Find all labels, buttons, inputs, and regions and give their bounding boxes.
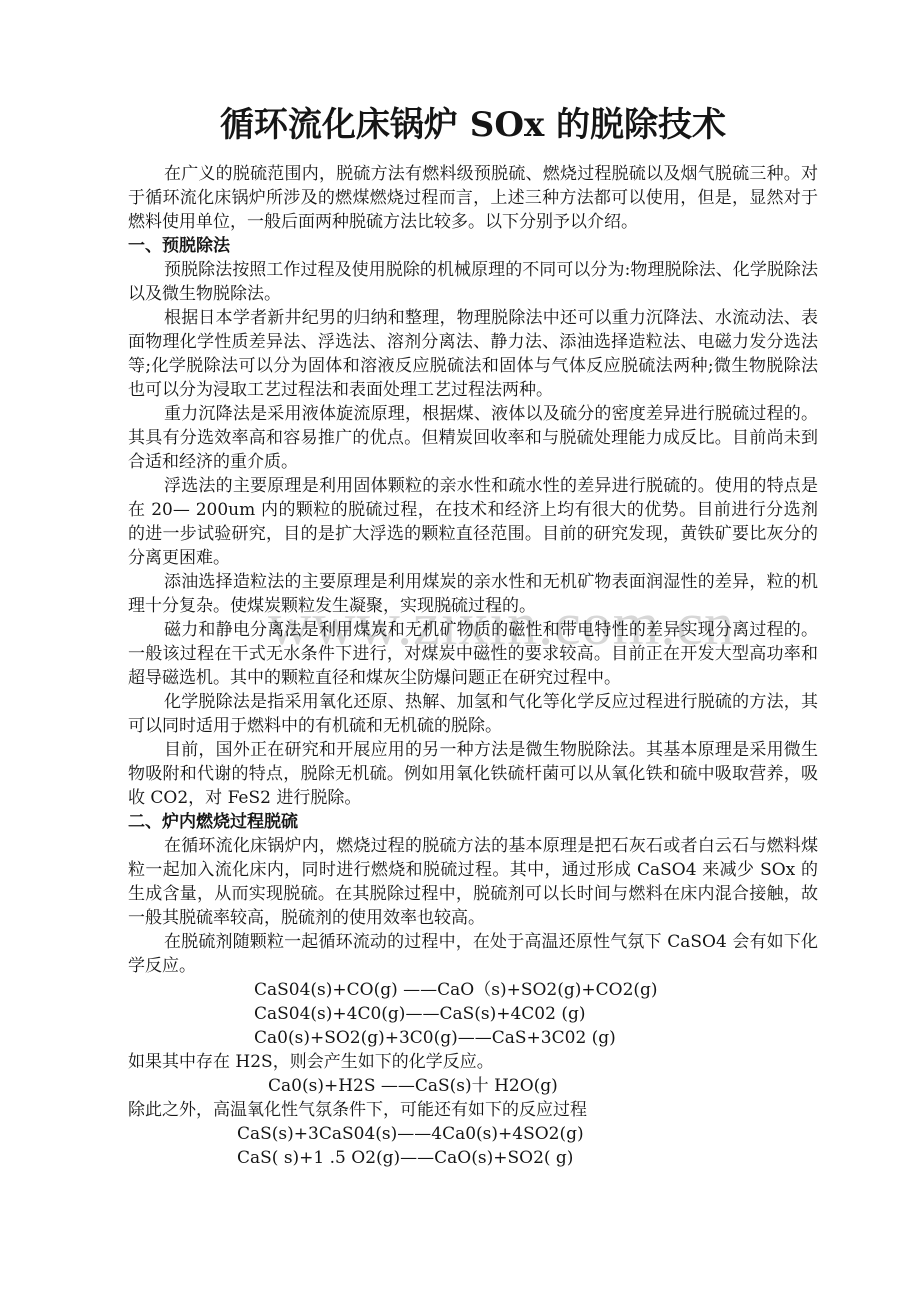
chemical-equation: CaS04(s)+4C0(g)——CaS(s)+4C02 (g) [254,1002,818,1026]
document-page: www.zixin.com.cn 循环流化床锅炉 SOx 的脱除技术 在广义的脱… [0,0,920,1302]
chemical-equation: Ca0(s)+H2S ——CaS(s)十 H2O(g) [268,1074,818,1098]
document-content: 循环流化床锅炉 SOx 的脱除技术 在广义的脱硫范围内，脱硫方法有燃料级预脱硫、… [0,0,920,1170]
body-paragraph: 预脱除法按照工作过程及使用脱除的机械原理的不同可以分为:物理脱除法、化学脱除法以… [128,258,818,306]
section-heading-in-furnace: 二、炉内燃烧过程脱硫 [128,810,818,834]
body-paragraph: 在脱硫剂随颗粒一起循环流动的过程中，在处于高温还原性气氛下 CaSO4 会有如下… [128,930,818,978]
body-paragraph: 目前，国外正在研究和开展应用的另一种方法是微生物脱除法。其基本原理是采用微生物吸… [128,738,818,810]
body-paragraph: 浮选法的主要原理是利用固体颗粒的亲水性和疏水性的差异进行脱硫的。使用的特点是在 … [128,474,818,570]
chemical-equation: CaS04(s)+CO(g) ——CaO（s)+SO2(g)+CO2(g) [254,978,818,1002]
body-paragraph: 化学脱除法是指采用氧化还原、热解、加氢和气化等化学反应过程进行脱硫的方法，其可以… [128,690,818,738]
section-heading-pretreatment: 一、预脱除法 [128,234,818,258]
body-paragraph: 根据日本学者新井纪男的归纳和整理，物理脱除法中还可以重力沉降法、水流动法、表面物… [128,306,818,402]
chemical-equation: Ca0(s)+SO2(g)+3C0(g)——CaS+3C02 (g) [254,1026,818,1050]
body-paragraph: 添油选择造粒法的主要原理是利用煤炭的亲水性和无机矿物表面润湿性的差异，粒的机理十… [128,570,818,618]
body-paragraph: 磁力和静电分离法是利用煤炭和无机矿物质的磁性和带电特性的差异实现分离过程的。一般… [128,618,818,690]
body-paragraph: 如果其中存在 H2S，则会产生如下的化学反应。 [128,1050,818,1074]
body-paragraph: 在循环流化床锅炉内，燃烧过程的脱硫方法的基本原理是把石灰石或者白云石与燃料煤粒一… [128,834,818,930]
body-paragraph: 除此之外，高温氧化性气氛条件下，可能还有如下的反应过程 [128,1098,818,1122]
chemical-equation: CaS( s)+1 .5 O2(g)——CaO(s)+SO2( g) [237,1146,818,1170]
body-paragraph: 重力沉降法是采用液体旋流原理，根据煤、液体以及硫分的密度差异进行脱硫过程的。其具… [128,402,818,474]
chemical-equation: CaS(s)+3CaS04(s)——4Ca0(s)+4SO2(g) [237,1122,818,1146]
document-title: 循环流化床锅炉 SOx 的脱除技术 [128,103,818,147]
body-paragraph: 在广义的脱硫范围内，脱硫方法有燃料级预脱硫、燃烧过程脱硫以及烟气脱硫三种。对于循… [128,162,818,234]
